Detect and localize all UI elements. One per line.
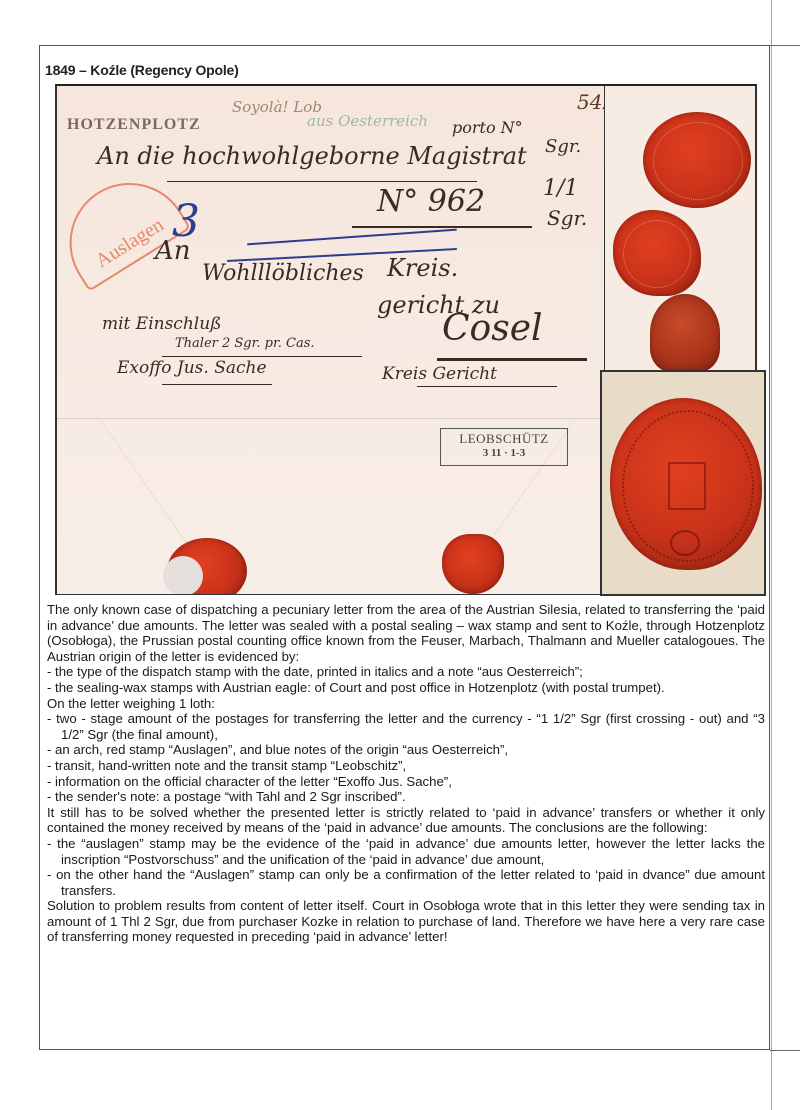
- postal-trumpet-icon: [670, 530, 700, 556]
- seal-inscription-ring: [653, 122, 743, 200]
- manuscript-note-2: Thaler 2 Sgr. pr. Cas.: [175, 336, 315, 351]
- underline-number: [352, 226, 532, 228]
- seals-detail-strip: [605, 84, 757, 374]
- manuscript-an: An: [155, 236, 191, 266]
- weighing-heading: On the letter weighing 1 loth:: [47, 696, 765, 712]
- transit-stamp-date: 3 11 · 1-3: [441, 447, 567, 459]
- manuscript-green-note: aus Oesterreich: [307, 112, 428, 130]
- wax-seal-bottom-right: [442, 534, 504, 594]
- manuscript-porto-no: porto N°: [452, 118, 523, 137]
- weighing-item: - the sender's note: a postage “with Tah…: [47, 789, 765, 805]
- conclusion-item: - on the other hand the “Auslagen” stamp…: [47, 867, 765, 898]
- manuscript-address-2: Kreis.: [387, 254, 458, 282]
- weighing-item: - information on the official character …: [47, 774, 765, 790]
- page-title: 1849 – Koźle (Regency Opole): [45, 62, 239, 78]
- seal-enlargement: [600, 370, 766, 596]
- blue-strike-1: [247, 229, 457, 246]
- manuscript-note-1: mit Einschluß: [102, 314, 222, 334]
- manuscript-number-top: 542: [577, 90, 605, 114]
- page-edge-line: [771, 0, 772, 1110]
- intro-paragraph: The only known case of dispatching a pec…: [47, 602, 765, 664]
- page-edge-tick-top: [770, 45, 800, 46]
- wax-seal-post-office: [650, 294, 720, 372]
- transit-stamp-name: LEOBSCHÜTZ: [441, 431, 567, 447]
- weighing-item: - transit, hand-written note and the tra…: [47, 758, 765, 774]
- underline-1: [167, 181, 477, 182]
- description-text: The only known case of dispatching a pec…: [47, 602, 765, 945]
- manuscript-address-line: An die hochwohlgeborne Magistrat: [97, 142, 527, 170]
- eagle-shield-icon: [668, 462, 706, 510]
- page-edge-tick-bottom: [770, 1050, 800, 1051]
- solution-paragraph: Solution to problem results from content…: [47, 898, 765, 945]
- auslagen-stamp: Auslagen: [55, 160, 191, 291]
- wax-seal-chip: [163, 556, 203, 595]
- manuscript-fraction: 1/1: [543, 176, 578, 201]
- manuscript-exoffo: Exoffo Jus. Sache: [117, 358, 267, 378]
- manuscript-right-line: Kreis Gericht: [382, 364, 497, 384]
- weighing-item: - an arch, red stamp “Auslagen”, and blu…: [47, 742, 765, 758]
- conclusion-item: - the “auslagen” stamp may be the eviden…: [47, 836, 765, 867]
- envelope-fold: [57, 418, 604, 419]
- weighing-item: - two - stage amount of the postages for…: [47, 711, 765, 742]
- letter-cover-image: HOTZENPLOTZ Auslagen Soyolà! Lob aus Oes…: [55, 84, 605, 595]
- origin-evidence-item: - the type of the dispatch stamp with th…: [47, 664, 765, 680]
- question-paragraph: It still has to be solved whether the pr…: [47, 805, 765, 836]
- manuscript-address-1: Wohlllöbliches: [202, 261, 364, 286]
- manuscript-number-main: N° 962: [377, 184, 485, 219]
- underline-3: [162, 384, 272, 385]
- underline-4: [417, 386, 557, 387]
- transit-stamp-leobschutz: LEOBSCHÜTZ 3 11 · 1-3: [440, 428, 568, 466]
- manuscript-destination: Cosel: [442, 308, 543, 349]
- underline-2: [162, 356, 362, 357]
- manuscript-sgr-2: Sgr.: [547, 206, 587, 230]
- manuscript-sgr-right: Sgr.: [545, 136, 581, 157]
- origin-stamp: HOTZENPLOTZ: [67, 116, 201, 134]
- origin-evidence-item: - the sealing-wax stamps with Austrian e…: [47, 680, 765, 696]
- seal-fragment-ring: [623, 220, 691, 288]
- underline-destination: [437, 358, 587, 361]
